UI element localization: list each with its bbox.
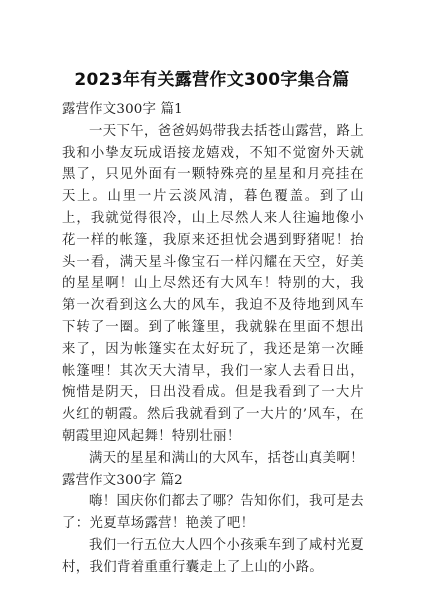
paragraph: 一天下午，爸爸妈妈带我去括苍山露营，路上我和小挚友玩成语接龙嬉戏，不知不觉窗外天… — [62, 121, 364, 448]
paragraph: 满天的星星和满山的大风车，括苍山真美啊！ — [62, 448, 364, 470]
document-body: 露营作文300字 篇1 一天下午，爸爸妈妈带我去括苍山露营，路上我和小挚友玩成语… — [62, 99, 364, 579]
paragraph: 嗨！国庆你们都去了哪？告知你们，我可是去了：光夏草场露营！艳羡了吧！ — [62, 491, 364, 535]
section-heading-2: 露营作文300字 篇2 — [62, 470, 364, 492]
paragraph: 我们一行五位大人四个小孩乘车到了咸村光夏村，我们背着重重行囊走上了上山的小路。 — [62, 535, 364, 579]
document-page: 2023年有关露营作文300字集合篇 露营作文300字 篇1 一天下午，爸爸妈妈… — [0, 0, 424, 600]
document-title: 2023年有关露营作文300字集合篇 — [0, 68, 424, 92]
section-heading-1: 露营作文300字 篇1 — [62, 99, 364, 121]
